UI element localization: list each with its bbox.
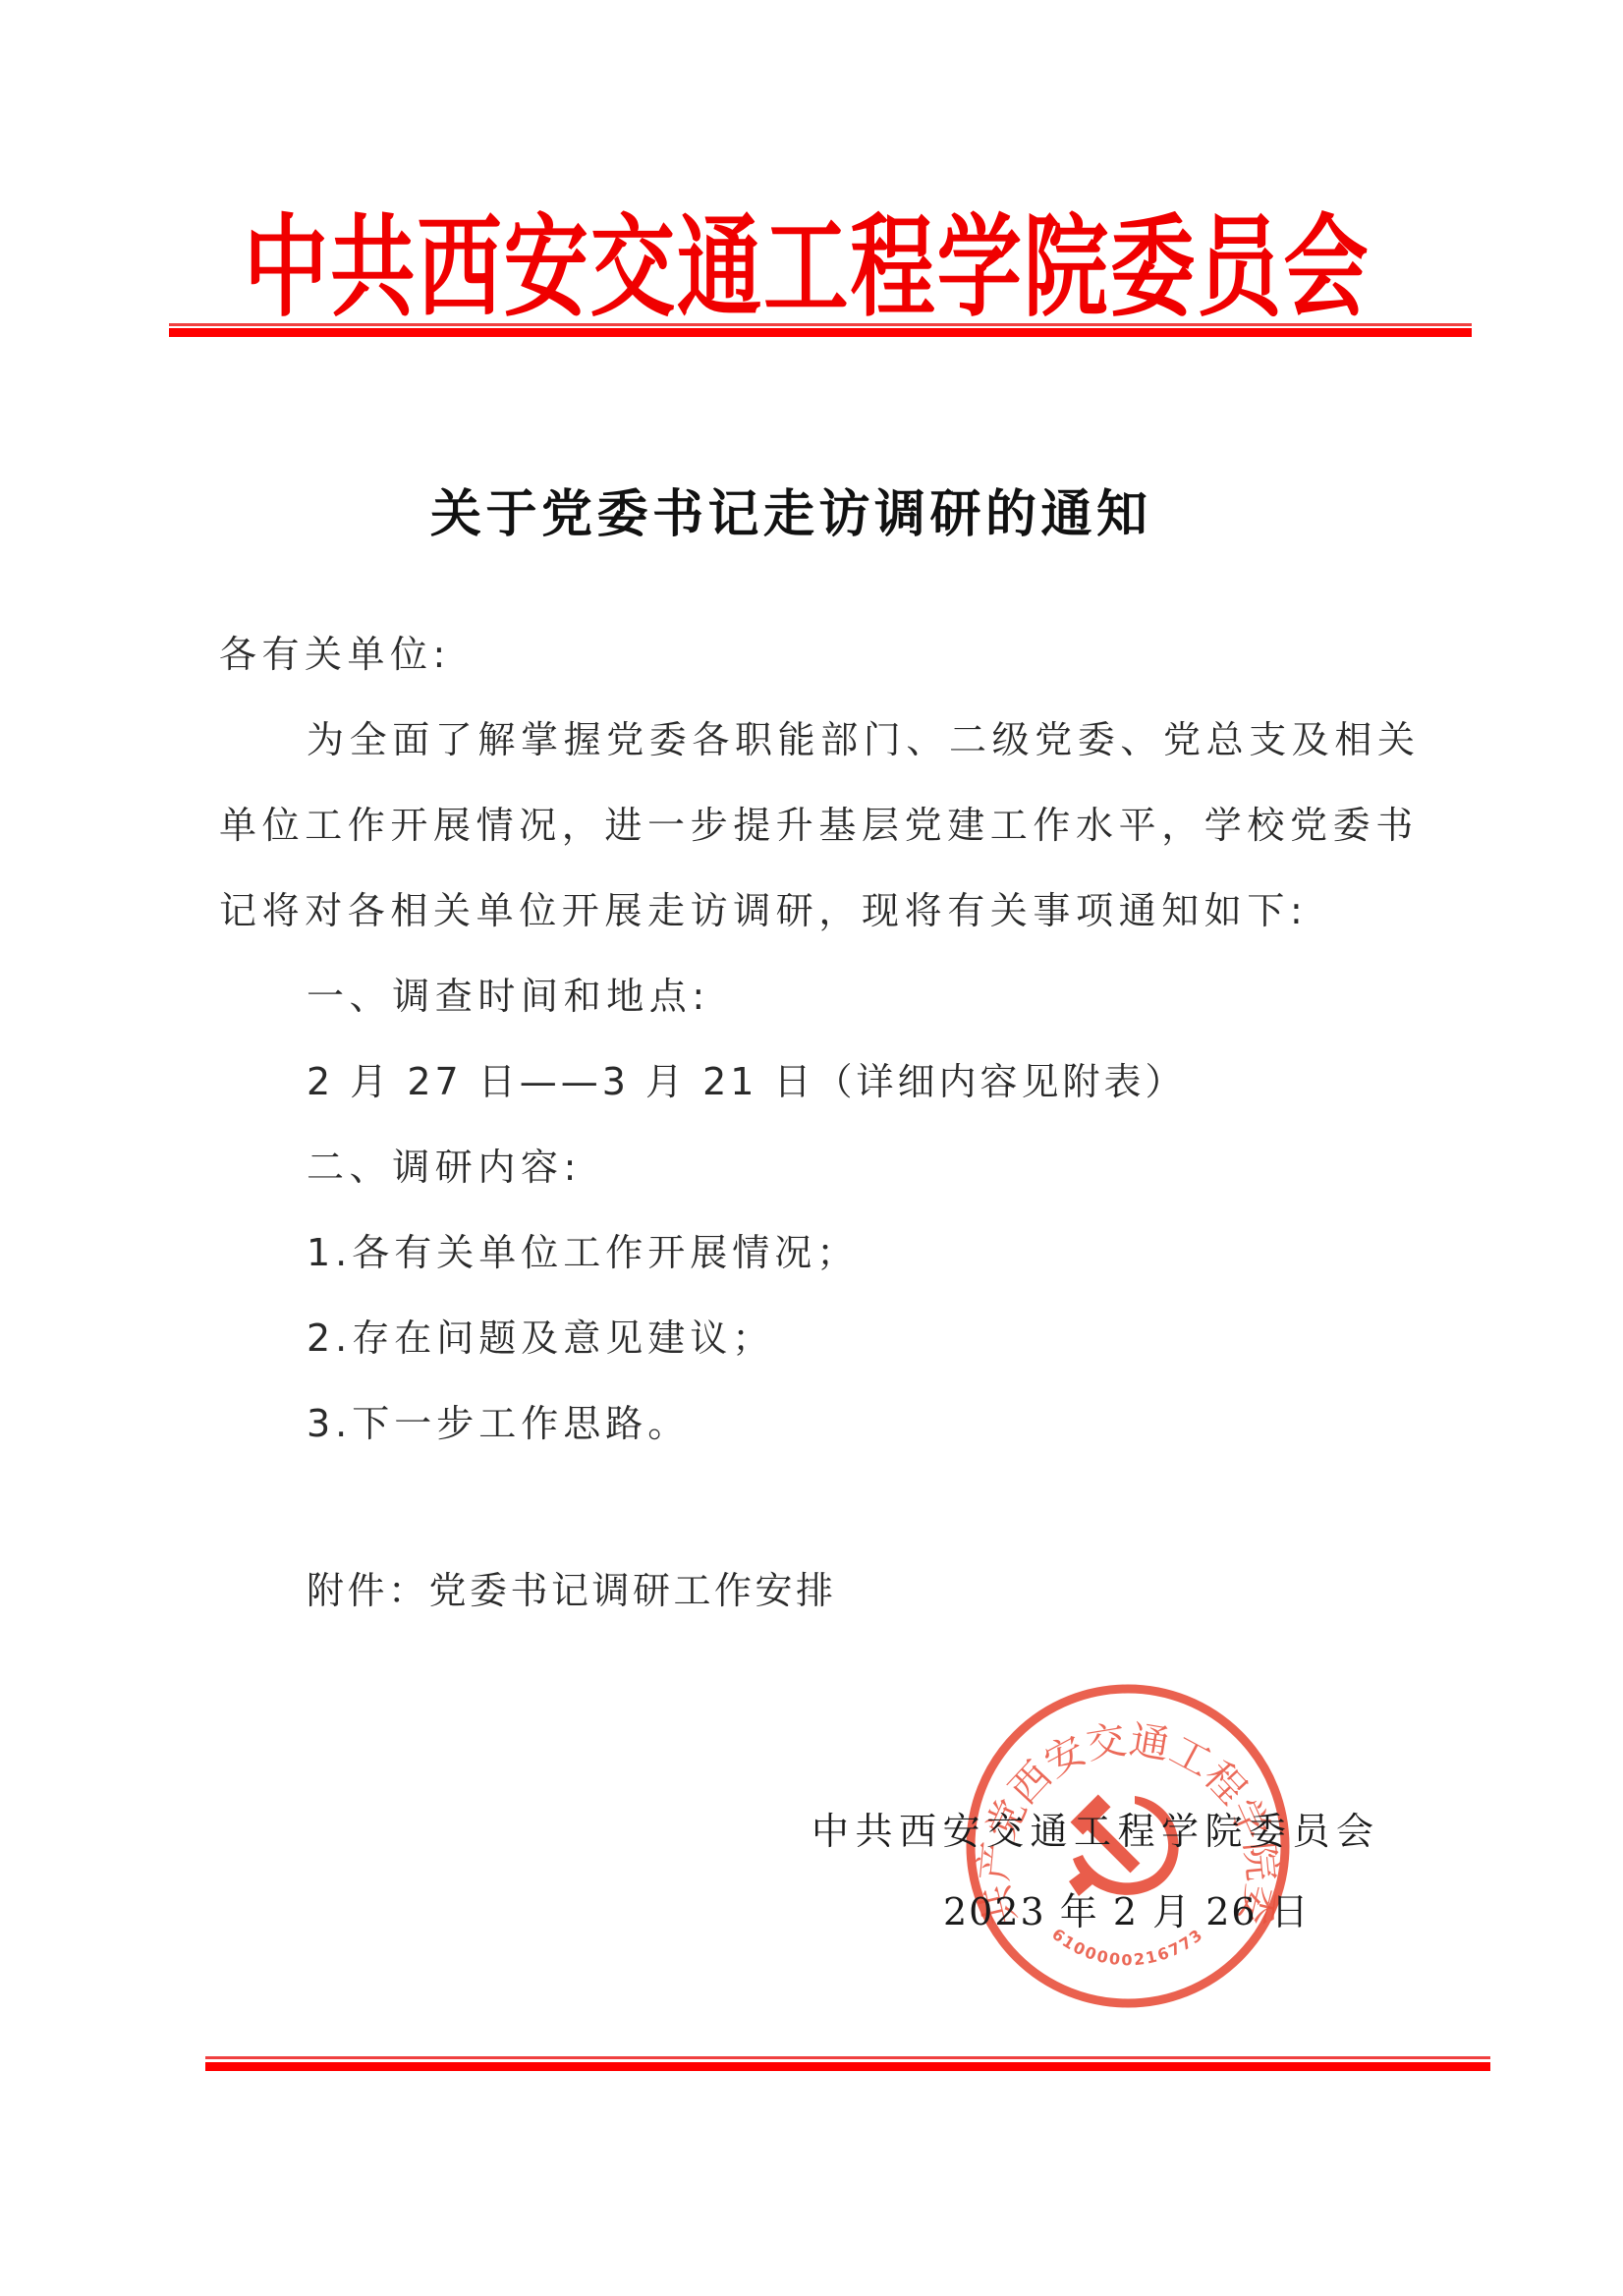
signature-organization: 中共西安交通工程学院委员会 xyxy=(811,1807,1380,1856)
footer-rule-thin xyxy=(205,2056,1490,2059)
document-page: 中共西安交通工程学院委员会 关于党委书记走访调研的通知 各有关单位: 为全面了解… xyxy=(0,0,1623,2296)
intro-line-1: 为全面了解掌握党委各职能部门、二级党委、党总支及相关 xyxy=(307,715,1421,764)
signature-date: 2023 年 2 月 26 日 xyxy=(943,1887,1311,1936)
section-heading-1: 一、调查时间和地点: xyxy=(307,972,710,1021)
masthead-rule-thick xyxy=(169,328,1472,337)
section-2-line-1: 1.各有关单位工作开展情况； xyxy=(307,1228,859,1277)
attachment-line[interactable]: 附件：党委书记调研工作安排 xyxy=(307,1566,837,1615)
section-1-line-1: 2 月 27 日——3 月 21 日（详细内容见附表） xyxy=(307,1057,1187,1106)
footer-rule-thick xyxy=(205,2062,1490,2071)
section-2-line-2: 2.存在问题及意见建议； xyxy=(307,1314,774,1363)
intro-line-3: 记将对各相关单位开展走访调研，现将有关事项通知如下: xyxy=(219,886,1308,935)
masthead-rule-thin xyxy=(169,323,1472,326)
document-title: 关于党委书记走访调研的通知 xyxy=(430,476,1152,554)
salutation: 各有关单位: xyxy=(219,630,451,679)
intro-line-2: 单位工作开展情况，进一步提升基层党建工作水平，学校党委书 xyxy=(219,801,1419,850)
section-2-line-3: 3.下一步工作思路。 xyxy=(307,1399,690,1448)
section-heading-2: 二、调研内容: xyxy=(307,1143,582,1192)
